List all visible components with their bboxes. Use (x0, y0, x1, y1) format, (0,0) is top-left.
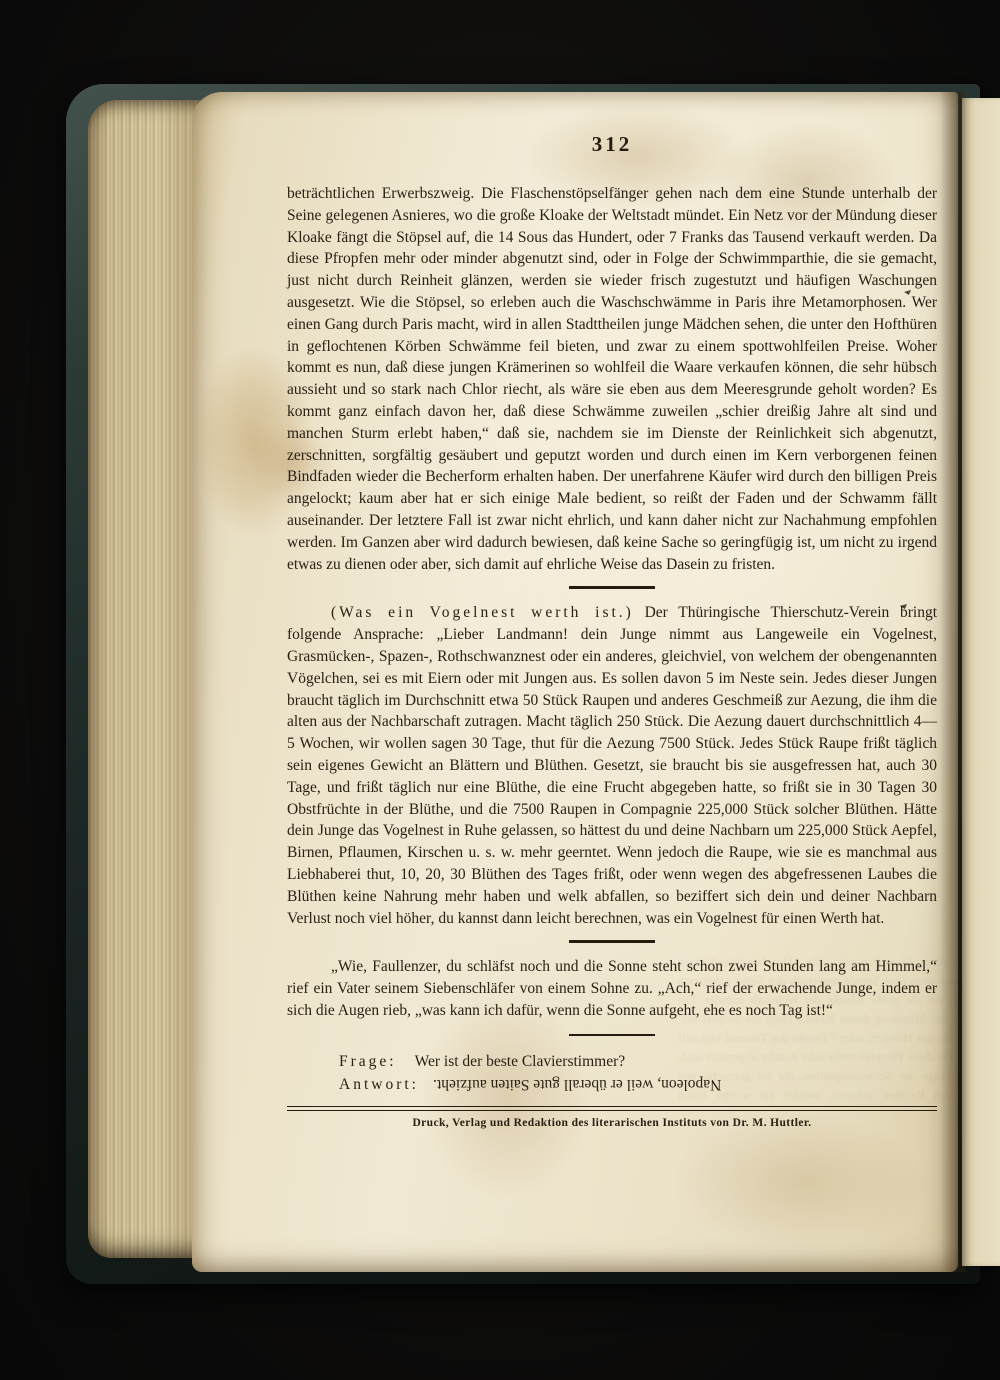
riddle-answer-row: Antwort:Napoleon, weil er überall gute S… (339, 1073, 937, 1096)
imprint-double-rule (287, 1106, 937, 1111)
text-block: 312 beträchtlichen Erwerbszweig. Die Fla… (287, 132, 937, 1129)
frage-label: Frage: (339, 1053, 397, 1070)
book: beträchtlichen Erwerbszweig. Die Flasche… (0, 0, 1000, 1380)
paragraph-vogelnest: (Was ein Vogelnest werth ist.) Der Thüri… (287, 602, 937, 929)
section-divider (569, 1034, 655, 1036)
printer-imprint: Druck, Verlag und Redaktion des literari… (287, 1117, 937, 1129)
riddle: Frage:Wer ist der beste Clavierstimmer? … (339, 1050, 937, 1096)
paragraph-stoppers-and-sponges: beträchtlichen Erwerbszweig. Die Flasche… (287, 183, 937, 575)
paper-stain (672, 1112, 932, 1252)
book-page-edges (88, 100, 206, 1258)
section-divider (569, 940, 655, 943)
paragraph-anecdote: „Wie, Faullenzer, du schläfst noch und d… (287, 956, 937, 1021)
vogelnest-text: Der Thüringische Thierschutz-Verein brin… (287, 604, 937, 926)
frage-text: Wer ist der beste Clavierstimmer? (415, 1053, 626, 1070)
antwort-text-upside-down: Napoleon, weil er überall gute Saiten au… (433, 1073, 721, 1096)
facing-page-sliver (962, 98, 1000, 1266)
riddle-question-row: Frage:Wer ist der beste Clavierstimmer? (339, 1050, 937, 1073)
book-page: beträchtlichen Erwerbszweig. Die Flasche… (192, 92, 958, 1272)
vogelnest-heading: (Was ein Vogelnest werth ist.) (331, 604, 634, 621)
antwort-label: Antwort: (339, 1076, 419, 1093)
section-divider (569, 586, 655, 589)
photo-of-book-page: { "colors": { "background": "#0e0d0c", "… (0, 0, 1000, 1380)
page-number: 312 (287, 132, 937, 157)
